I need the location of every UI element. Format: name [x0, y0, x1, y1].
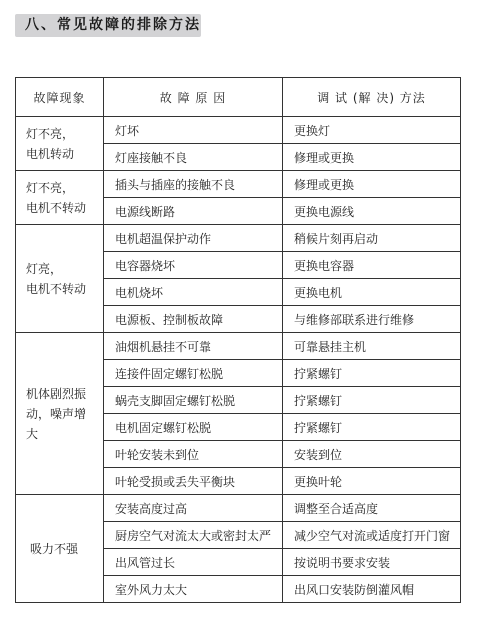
solution-cell: 更换电源线 [283, 198, 461, 225]
solution-cell: 修理或更换 [283, 171, 461, 198]
cause-cell: 电机固定螺钉松脱 [104, 414, 283, 441]
table-row: 灯不亮， 电机转动灯坏更换灯 [16, 117, 461, 144]
symptom-cell: 灯不亮， 电机不转动 [16, 171, 104, 225]
header-cause: 故 障 原 因 [104, 78, 283, 117]
symptom-cell: 灯不亮， 电机转动 [16, 117, 104, 171]
table-row: 灯不亮， 电机不转动插头与插座的接触不良修理或更换 [16, 171, 461, 198]
troubleshooting-table: 故障现象 故 障 原 因 调 试 (解 决) 方法 灯不亮， 电机转动灯坏更换灯… [15, 77, 461, 603]
solution-cell: 更换电机 [283, 279, 461, 306]
solution-cell: 修理或更换 [283, 144, 461, 171]
table-body: 灯不亮， 电机转动灯坏更换灯灯座接触不良修理或更换灯不亮， 电机不转动插头与插座… [16, 117, 461, 603]
solution-cell: 出风口安装防倒灌风帽 [283, 576, 461, 603]
solution-cell: 拧紧螺钉 [283, 387, 461, 414]
header-symptom: 故障现象 [16, 78, 104, 117]
cause-cell: 连接件固定螺钉松脱 [104, 360, 283, 387]
table-header-row: 故障现象 故 障 原 因 调 试 (解 决) 方法 [16, 78, 461, 117]
symptom-cell: 吸力不强 [16, 495, 104, 603]
solution-cell: 拧紧螺钉 [283, 414, 461, 441]
cause-cell: 叶轮受损或丢失平衡块 [104, 468, 283, 495]
solution-cell: 与维修部联系进行维修 [283, 306, 461, 333]
cause-cell: 电机超温保护动作 [104, 225, 283, 252]
cause-cell: 油烟机悬挂不可靠 [104, 333, 283, 360]
cause-cell: 电源板、控制板故障 [104, 306, 283, 333]
solution-cell: 更换电容器 [283, 252, 461, 279]
cause-cell: 电容器烧坏 [104, 252, 283, 279]
cause-cell: 室外风力太大 [104, 576, 283, 603]
solution-cell: 调整至合适高度 [283, 495, 461, 522]
cause-cell: 电机烧坏 [104, 279, 283, 306]
symptom-cell: 灯亮， 电机不转动 [16, 225, 104, 333]
cause-cell: 电源线断路 [104, 198, 283, 225]
solution-cell: 更换叶轮 [283, 468, 461, 495]
cause-cell: 蜗壳支脚固定螺钉松脱 [104, 387, 283, 414]
cause-cell: 叶轮安装未到位 [104, 441, 283, 468]
table-row: 吸力不强安装高度过高调整至合适高度 [16, 495, 461, 522]
symptom-cell: 机体剧烈振动，噪声增大 [16, 333, 104, 495]
solution-cell: 减少空气对流或适度打开门窗 [283, 522, 461, 549]
section-title: 八、常见故障的排除方法 [15, 14, 201, 37]
solution-cell: 按说明书要求安装 [283, 549, 461, 576]
table-row: 机体剧烈振动，噪声增大油烟机悬挂不可靠可靠悬挂主机 [16, 333, 461, 360]
solution-cell: 稍候片刻再启动 [283, 225, 461, 252]
cause-cell: 厨房空气对流太大或密封太严 [104, 522, 283, 549]
table-row: 灯亮， 电机不转动电机超温保护动作稍候片刻再启动 [16, 225, 461, 252]
cause-cell: 出风管过长 [104, 549, 283, 576]
cause-cell: 灯座接触不良 [104, 144, 283, 171]
header-solution: 调 试 (解 决) 方法 [283, 78, 461, 117]
cause-cell: 插头与插座的接触不良 [104, 171, 283, 198]
cause-cell: 灯坏 [104, 117, 283, 144]
cause-cell: 安装高度过高 [104, 495, 283, 522]
solution-cell: 拧紧螺钉 [283, 360, 461, 387]
solution-cell: 更换灯 [283, 117, 461, 144]
solution-cell: 可靠悬挂主机 [283, 333, 461, 360]
solution-cell: 安装到位 [283, 441, 461, 468]
